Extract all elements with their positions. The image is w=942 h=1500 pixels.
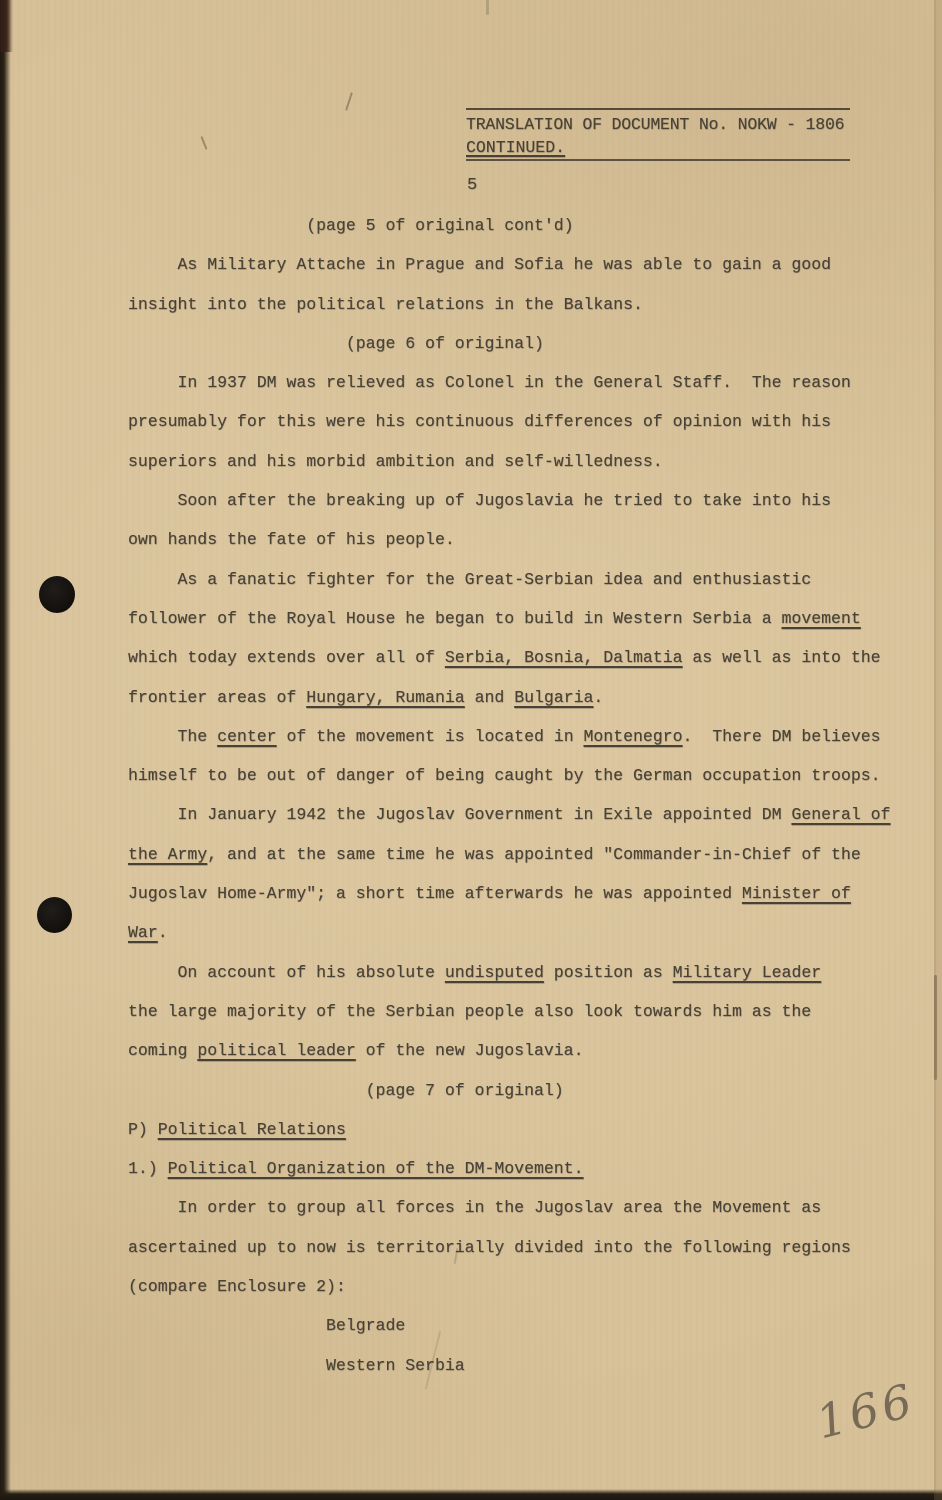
text-line: frontier areas of Hungary, Rumania and B… (128, 678, 928, 717)
text-line: On account of his absolute undisputed po… (128, 953, 928, 992)
text-line: Jugoslav Home-Army"; a short time afterw… (128, 874, 928, 913)
text-line: As Military Attache in Prague and Sofia … (128, 245, 928, 284)
scan-edge-right (936, 0, 942, 1500)
text-line: follower of the Royal House he began to … (128, 599, 928, 638)
text-line: insight into the political relations in … (128, 285, 928, 324)
text-line: In order to group all forces in the Jugo… (128, 1188, 928, 1227)
text-line: The center of the movement is located in… (128, 717, 928, 756)
text-line: which today extends over all of Serbia, … (128, 638, 928, 677)
text-line: In January 1942 the Jugoslav Government … (128, 795, 928, 834)
text-line: Belgrade (128, 1306, 928, 1345)
text-line: Western Serbia (128, 1346, 928, 1385)
page-number: 5 (467, 176, 477, 195)
hole-punch (39, 576, 75, 613)
text-line: the Army, and at the same time he was ap… (128, 835, 928, 874)
document-subtitle: CONTINUED. (466, 138, 565, 157)
text-line: (page 7 of original) (128, 1071, 928, 1110)
pencil-mark (345, 92, 353, 111)
document-body: (page 5 of original cont'd) As Military … (128, 206, 928, 1385)
text-line: War. (128, 913, 928, 952)
text-line: As a fanatic fighter for the Great-Serbi… (128, 560, 928, 599)
text-line: superiors and his morbid ambition and se… (128, 442, 928, 481)
hole-punch (37, 897, 72, 933)
text-line: (page 5 of original cont'd) (128, 206, 928, 245)
text-line: (page 6 of original) (128, 324, 928, 363)
text-line: (compare Enclosure 2): (128, 1267, 928, 1306)
pencil-mark (200, 136, 207, 150)
document-subtitle-row: CONTINUED. (466, 137, 850, 161)
text-line: the large majority of the Serbian people… (128, 992, 928, 1031)
document-header-stamp: TRANSLATION OF DOCUMENT No. NOKW - 1806 … (466, 108, 850, 161)
text-line: coming political leader of the new Jugos… (128, 1031, 928, 1070)
text-line: P) Political Relations (128, 1110, 928, 1149)
text-line: himself to be out of danger of being cau… (128, 756, 928, 795)
scan-edge-bottom (0, 1489, 942, 1500)
text-line: ascertained up to now is territorially d… (128, 1228, 928, 1267)
text-line: 1.) Political Organization of the DM-Mov… (128, 1149, 928, 1188)
text-line: presumably for this were his continuous … (128, 402, 928, 441)
pencil-mark (486, 0, 489, 15)
scanned-document-page: TRANSLATION OF DOCUMENT No. NOKW - 1806 … (0, 0, 942, 1500)
scan-edge-left (0, 0, 11, 1500)
scan-corner-top-left (0, 0, 13, 52)
text-line: Soon after the breaking up of Jugoslavia… (128, 481, 928, 520)
document-title: TRANSLATION OF DOCUMENT No. NOKW - 1806 (466, 114, 850, 136)
text-line: In 1937 DM was relieved as Colonel in th… (128, 363, 928, 402)
scan-artifact-mark (934, 975, 937, 1080)
text-line: own hands the fate of his people. (128, 520, 928, 559)
paper-edge-line (934, 0, 936, 1500)
